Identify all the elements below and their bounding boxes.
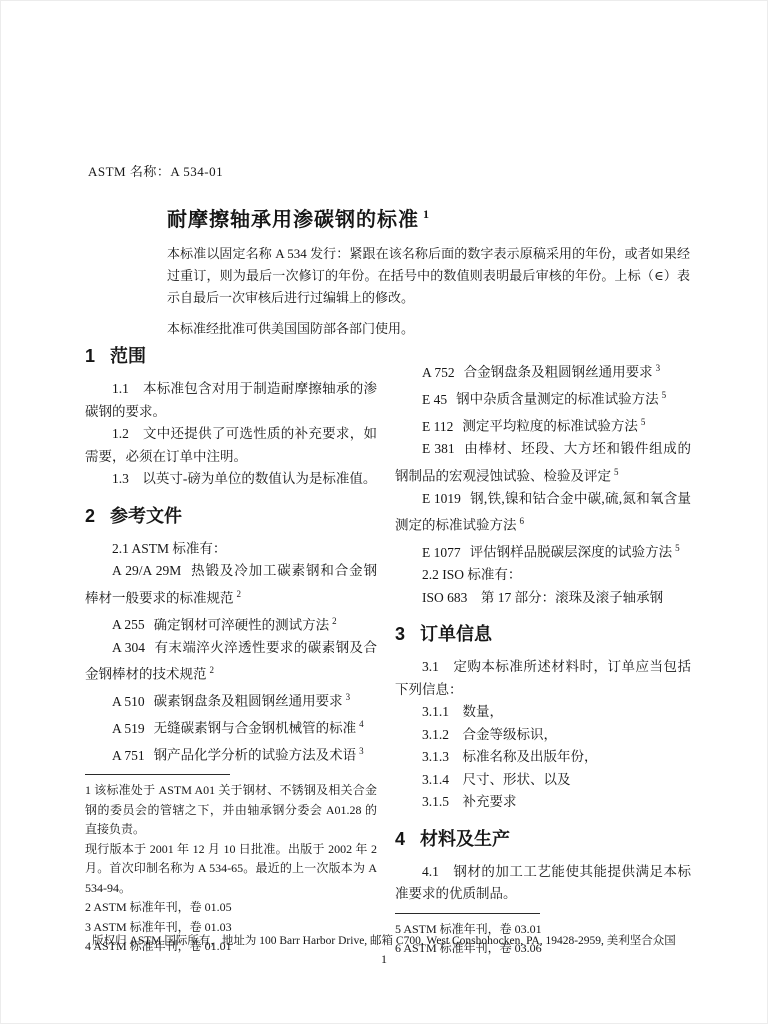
document-page: ASTM 名称：A 534-01 耐摩擦轴承用渗碳钢的标准1 本标准以固定名称 … bbox=[0, 0, 768, 1024]
page-footer: 版权归 ASTM 国际所有，地址为 100 Barr Harbor Drive,… bbox=[0, 933, 768, 967]
intro-paragraph-2: 本标准经批准可供美国国防部各部门使用。 bbox=[167, 318, 690, 340]
footnote-separator bbox=[85, 774, 230, 775]
reference-item: E 1077评估钢样品脱碳层深度的试验方法5 bbox=[395, 537, 691, 564]
order-info-item: 3.1.2 合金等级标识， bbox=[395, 724, 691, 747]
section-2-heading: 2参考文件 bbox=[85, 505, 377, 528]
footnote-mark: 3 bbox=[346, 692, 351, 702]
footnote-1-continued: 现行版本于 2001 年 12 月 10 日批准。出版于 2002 年 2 月。… bbox=[85, 840, 377, 899]
paragraph-1-1: 1.1 本标准包含对用于制造耐摩擦轴承的渗碳钢的要求。 bbox=[85, 378, 377, 423]
footnote-mark: 4 bbox=[359, 719, 364, 729]
copyright-line: 版权归 ASTM 国际所有，地址为 100 Barr Harbor Drive,… bbox=[0, 933, 768, 949]
footnote-2: 2 ASTM 标准年刊，卷 01.05 bbox=[85, 898, 377, 918]
reference-item: E 1019钢,铁,镍和钴合金中碳,硫,氮和氧含量测定的标准试验方法6 bbox=[395, 488, 691, 538]
reference-item: E 381由棒材、坯段、大方坯和锻件组成的钢制品的宏观浸蚀试验、检验及评定5 bbox=[395, 438, 691, 488]
doc-designation: ASTM 名称：A 534-01 bbox=[88, 161, 223, 180]
reference-item: A 751钢产品化学分析的试验方法及术语3 bbox=[85, 740, 377, 767]
footnote-mark: 5 bbox=[614, 467, 619, 477]
order-info-item: 3.1.3 标准名称及出版年份， bbox=[395, 746, 691, 769]
footnote-1: 1 该标准处于 ASTM A01 关于钢材、不锈钢及相关合金钢的委员会的管辖之下… bbox=[85, 781, 377, 840]
paragraph-2-1: 2.1 ASTM 标准有： bbox=[85, 538, 377, 561]
reference-item: A 255确定钢材可淬硬性的测试方法2 bbox=[85, 610, 377, 637]
iso-reference: ISO 683 第 17 部分：滚珠及滚子轴承钢 bbox=[395, 587, 691, 610]
section-3-heading: 3订单信息 bbox=[395, 623, 691, 646]
page-number: 1 bbox=[0, 951, 768, 967]
intro-paragraph-1: 本标准以固定名称 A 534 发行：紧跟在该名称后面的数字表示原稿采用的年份，或… bbox=[167, 243, 690, 309]
left-column: 1范围 1.1 本标准包含对用于制造耐摩擦轴承的渗碳钢的要求。 1.2 文中还提… bbox=[85, 345, 377, 957]
reference-item: A 752合金钢盘条及粗圆钢丝通用要求3 bbox=[395, 357, 691, 384]
intro-block: 本标准以固定名称 A 534 发行：紧跟在该名称后面的数字表示原稿采用的年份，或… bbox=[167, 243, 690, 340]
footnote-separator bbox=[395, 913, 540, 914]
reference-item: E 45钢中杂质含量测定的标准试验方法5 bbox=[395, 384, 691, 411]
paragraph-1-3: 1.3 以英寸-磅为单位的数值认为是标准值。 bbox=[85, 468, 377, 491]
order-info-item: 3.1.4 尺寸、形状、以及 bbox=[395, 769, 691, 792]
page-title-text: 耐摩擦轴承用渗碳钢的标准 bbox=[167, 209, 419, 231]
paragraph-1-2: 1.2 文中还提供了可选性质的补充要求，如需要，必须在订单中注明。 bbox=[85, 423, 377, 468]
paragraph-2-2: 2.2 ISO 标准有： bbox=[395, 564, 691, 587]
section-1-heading: 1范围 bbox=[85, 345, 377, 368]
footnote-mark: 2 bbox=[210, 665, 215, 675]
footnote-mark: 3 bbox=[359, 746, 364, 756]
footnote-mark: 2 bbox=[332, 616, 337, 626]
footnote-mark: 6 bbox=[520, 516, 525, 526]
title-footnote-mark: 1 bbox=[423, 207, 430, 221]
footnote-mark: 3 bbox=[656, 363, 661, 373]
footnote-mark: 5 bbox=[641, 417, 646, 427]
reference-item: E 112测定平均粒度的标准试验方法5 bbox=[395, 411, 691, 438]
reference-item: A 519无缝碳素钢与合金钢机械管的标准4 bbox=[85, 713, 377, 740]
page-title: 耐摩擦轴承用渗碳钢的标准1 bbox=[167, 203, 430, 232]
section-4-heading: 4材料及生产 bbox=[395, 828, 691, 851]
order-info-item: 3.1.1 数量， bbox=[395, 701, 691, 724]
reference-item: A 510碳素钢盘条及粗圆钢丝通用要求3 bbox=[85, 686, 377, 713]
reference-item: A 29/A 29M热锻及冷加工碳素钢和合金钢棒材一般要求的标准规范2 bbox=[85, 560, 377, 610]
footnote-mark: 2 bbox=[237, 589, 242, 599]
order-info-item: 3.1.5 补充要求 bbox=[395, 791, 691, 814]
reference-item: A 304有末端淬火淬透性要求的碳素钢及合金钢棒材的技术规范2 bbox=[85, 637, 377, 687]
paragraph-4-1: 4.1 钢材的加工工艺能使其能提供满足本标准要求的优质制品。 bbox=[395, 861, 691, 906]
right-column: A 752合金钢盘条及粗圆钢丝通用要求3 E 45钢中杂质含量测定的标准试验方法… bbox=[395, 345, 691, 959]
paragraph-3-1: 3.1 定购本标准所述材料时，订单应当包括下列信息： bbox=[395, 656, 691, 701]
footnote-mark: 5 bbox=[662, 390, 667, 400]
footnote-mark: 5 bbox=[675, 543, 680, 553]
